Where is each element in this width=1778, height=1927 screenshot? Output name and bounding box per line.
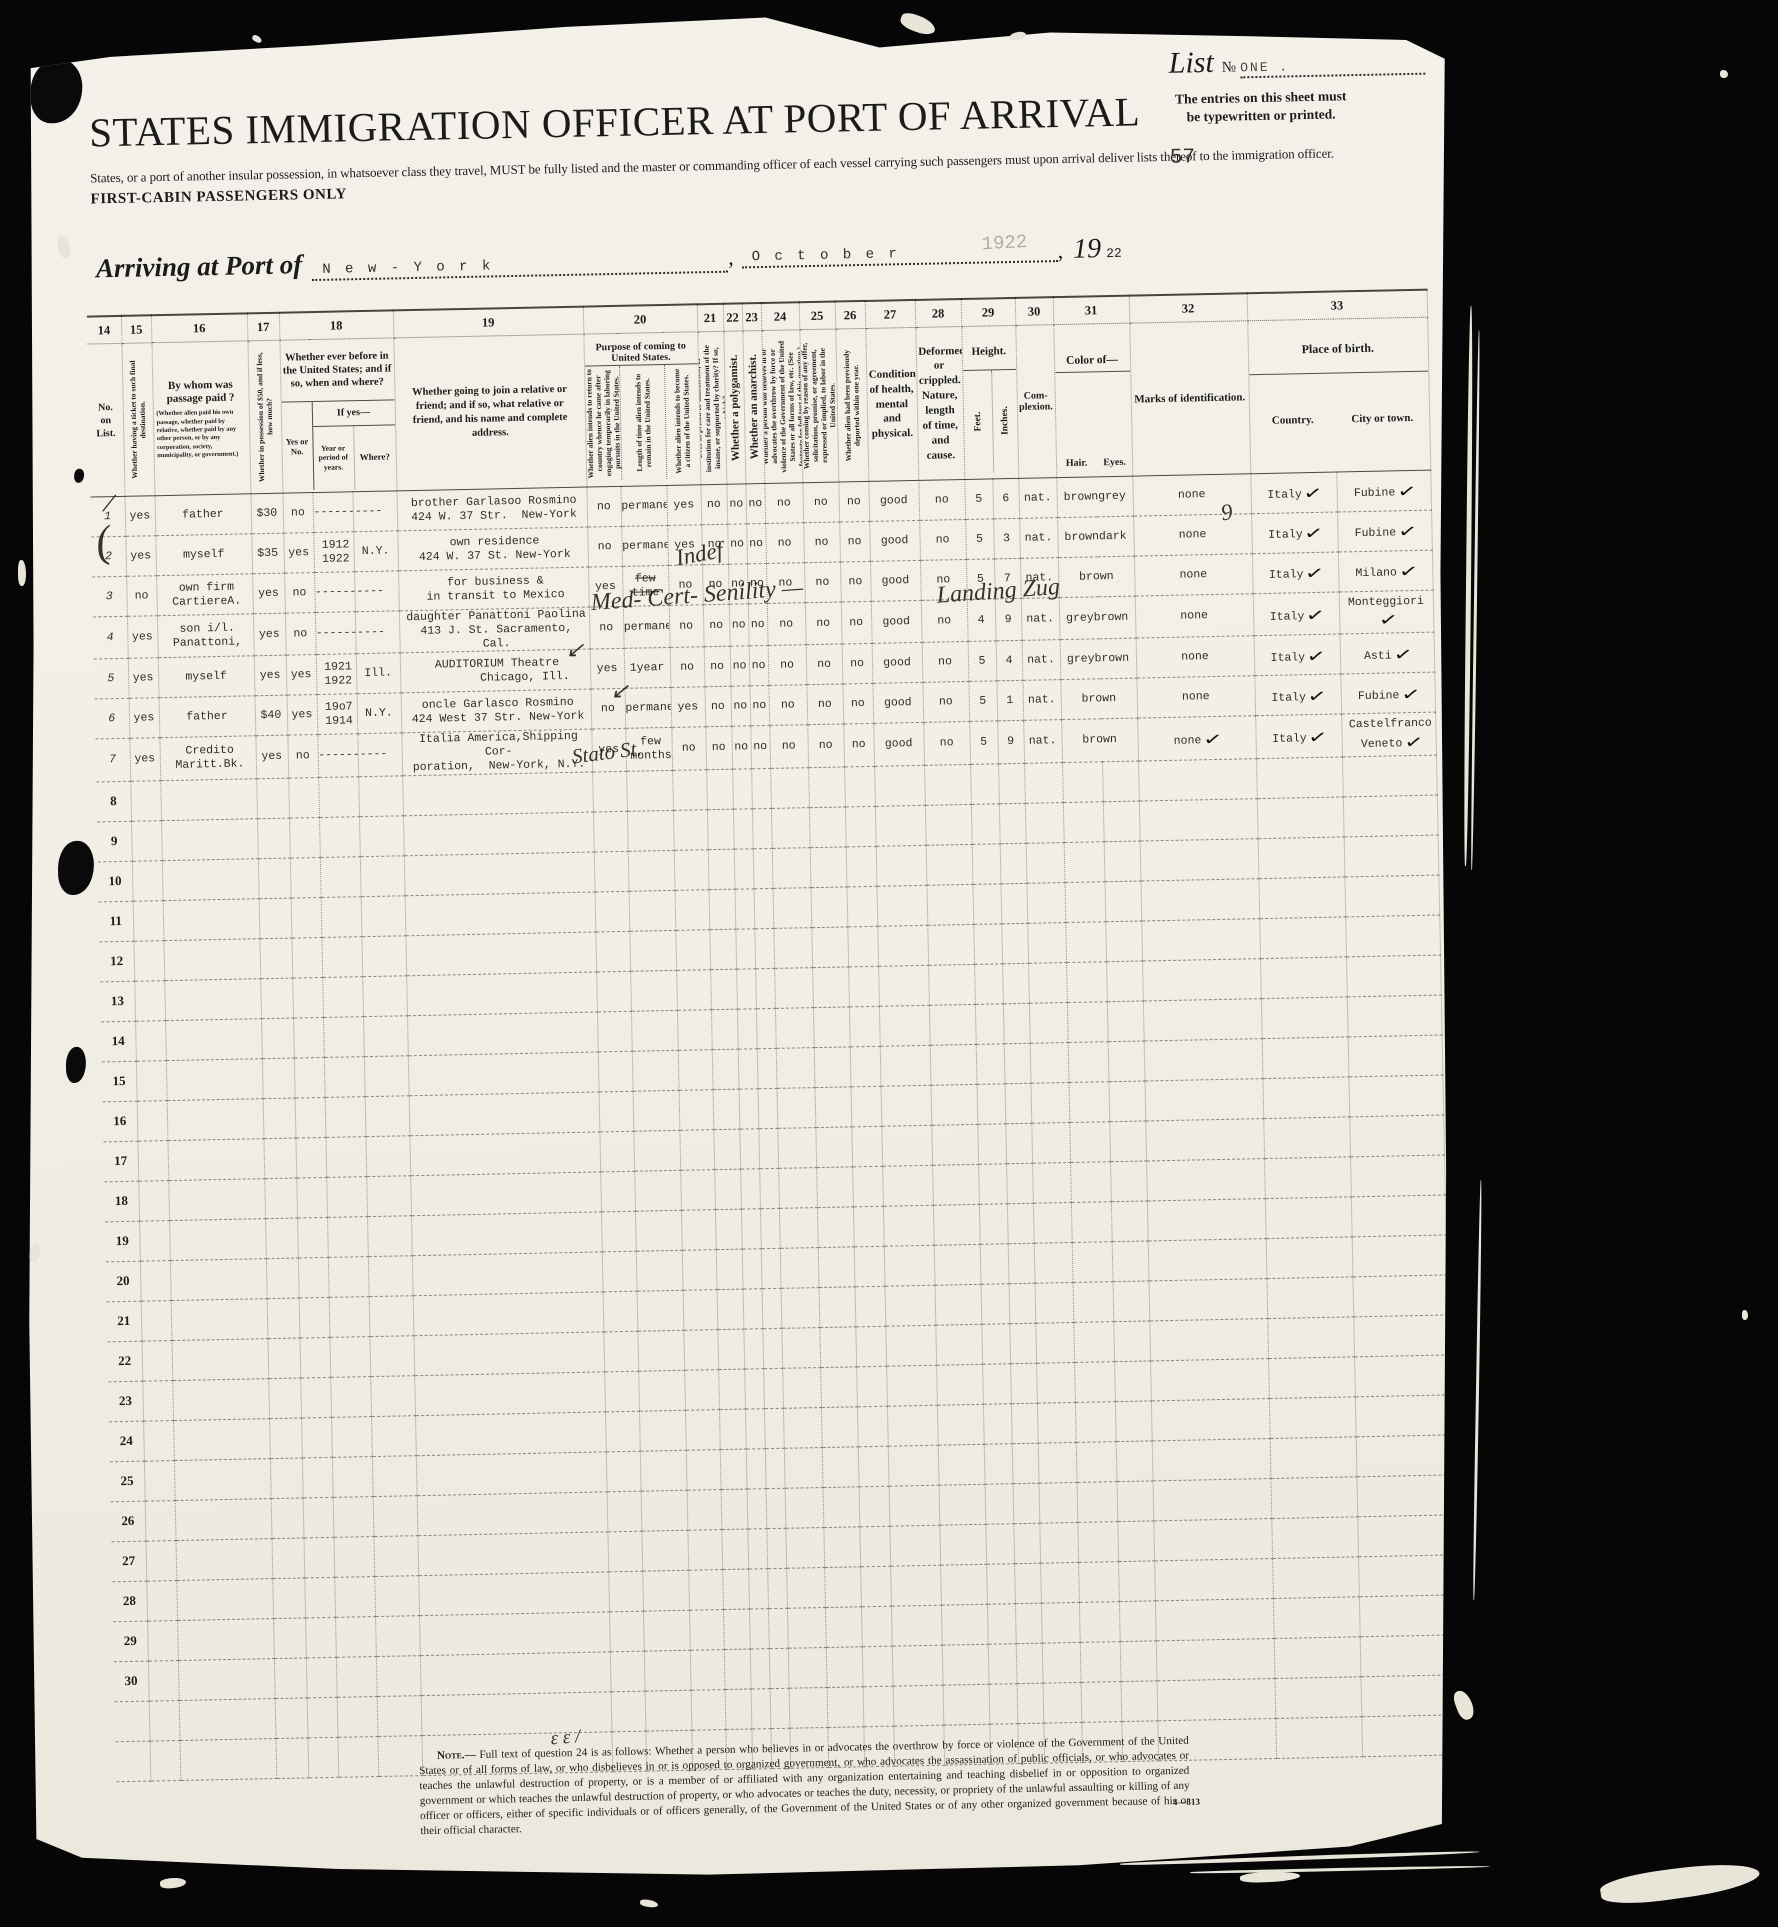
empty-cell xyxy=(1115,1401,1152,1442)
empty-cell xyxy=(706,769,733,810)
col-num-18: 18 xyxy=(279,310,394,340)
empty-cell xyxy=(140,1260,171,1301)
empty-cell xyxy=(1258,837,1345,879)
empty-cell xyxy=(759,1168,779,1208)
empty-cell xyxy=(592,771,627,812)
scan-blemish xyxy=(57,841,94,896)
empty-cell xyxy=(359,816,404,857)
empty-cell xyxy=(1062,762,1103,803)
empty-cell xyxy=(405,892,596,936)
empty-cell xyxy=(420,1652,611,1696)
empty-cell xyxy=(413,1292,604,1336)
empty-cell xyxy=(927,884,974,925)
cell-deformed: no xyxy=(920,559,967,600)
cell-p-length: few time xyxy=(622,565,669,606)
empty-cell xyxy=(685,1409,720,1450)
empty-cell xyxy=(337,1736,378,1777)
checkmark: ✓ xyxy=(1392,644,1413,666)
empty-cell xyxy=(711,1009,738,1050)
empty-cell xyxy=(1073,1281,1114,1322)
empty-cell xyxy=(1273,1597,1360,1639)
scan-speck xyxy=(1472,1180,1482,1600)
row-number: 29 xyxy=(113,1621,148,1662)
cell-no: 1 xyxy=(91,496,126,537)
empty-cell xyxy=(743,1328,763,1368)
empty-cell xyxy=(773,887,812,928)
empty-cell xyxy=(145,1500,176,1541)
empty-cell xyxy=(977,1124,1006,1165)
cell-marks: none xyxy=(1132,474,1251,516)
empty-cell xyxy=(1354,1355,1449,1397)
cell-country: Italy✓ xyxy=(1252,552,1339,594)
empty-cell xyxy=(298,1257,329,1298)
cell-feet: 5 xyxy=(966,559,995,600)
cell-inches: 9 xyxy=(995,598,1022,641)
empty-cell xyxy=(980,1244,1009,1285)
cell-complexion: nat. xyxy=(1020,558,1059,599)
empty-cell xyxy=(291,897,322,938)
subcol-if-yes: If yes— xyxy=(312,400,394,427)
cell-marks: none✓ xyxy=(1137,716,1256,761)
empty-cell xyxy=(1077,1521,1118,1562)
empty-cell xyxy=(1140,878,1259,920)
empty-cell xyxy=(1005,1123,1032,1164)
empty-cell xyxy=(149,1700,180,1741)
empty-cell xyxy=(1116,1441,1153,1482)
col-header-no-on-list: No. on List. xyxy=(87,343,124,497)
empty-cell xyxy=(269,1418,302,1459)
empty-cell xyxy=(981,1284,1010,1325)
cell-anarchist: no xyxy=(748,603,768,646)
col-num-27: 27 xyxy=(865,300,916,328)
cell-deformed: no xyxy=(918,479,965,520)
col-header-deformed: Deformed or crippled. Nature, length of … xyxy=(915,327,964,481)
empty-cell xyxy=(1348,1075,1443,1117)
footnote-label: Note.— xyxy=(437,1749,476,1762)
cell-complexion: nat. xyxy=(1023,720,1062,763)
empty-cell xyxy=(680,1169,715,1210)
empty-cell xyxy=(808,767,845,808)
empty-cell xyxy=(684,1369,719,1410)
empty-cell xyxy=(1355,1395,1450,1437)
empty-cell xyxy=(1002,963,1029,1004)
empty-cell xyxy=(750,1648,770,1688)
empty-cell xyxy=(1350,1155,1445,1197)
empty-cell xyxy=(365,1136,410,1177)
empty-cell xyxy=(1070,1161,1111,1202)
empty-cell xyxy=(320,856,361,897)
empty-cell xyxy=(358,776,403,817)
empty-cell xyxy=(116,1741,151,1782)
cell-marks: none xyxy=(1134,554,1253,596)
empty-cell xyxy=(710,969,737,1010)
empty-cell xyxy=(1079,1601,1120,1642)
empty-cell xyxy=(596,971,631,1012)
row-number: 19 xyxy=(105,1221,140,1262)
empty-cell xyxy=(1005,1083,1032,1124)
empty-cell xyxy=(1043,1682,1082,1723)
empty-cell xyxy=(674,849,709,890)
col-num-24: 24 xyxy=(761,302,800,330)
empty-cell xyxy=(1151,1398,1270,1440)
empty-cell xyxy=(859,1526,890,1567)
empty-cell xyxy=(146,1540,177,1581)
cell-health: good xyxy=(871,600,922,643)
empty-cell xyxy=(675,889,710,930)
empty-cell xyxy=(785,1487,824,1528)
empty-cell xyxy=(1352,1235,1447,1277)
empty-cell xyxy=(740,1169,760,1209)
cell-city: Fubine✓ xyxy=(1337,510,1432,552)
checkmark: ✓ xyxy=(1305,605,1326,627)
empty-cell xyxy=(405,932,596,976)
empty-cell xyxy=(926,844,973,885)
empty-cell xyxy=(940,1564,987,1605)
cell-before-yn: no xyxy=(287,735,318,778)
empty-cell xyxy=(292,977,323,1018)
cell-deported: no xyxy=(842,644,873,685)
empty-cell xyxy=(774,967,813,1008)
empty-cell xyxy=(823,1527,860,1568)
empty-cell xyxy=(169,1218,266,1260)
checkmark: ✓ xyxy=(1398,562,1419,584)
cell-p-length: permanent xyxy=(620,485,667,526)
empty-cell xyxy=(754,928,774,968)
empty-cell xyxy=(1148,1238,1267,1280)
empty-cell xyxy=(826,1647,863,1688)
empty-cell xyxy=(372,1455,417,1496)
empty-cell xyxy=(1148,1278,1267,1320)
empty-cell xyxy=(1360,1675,1455,1717)
empty-cell xyxy=(935,1284,982,1325)
cell-deformed: no xyxy=(923,722,970,765)
empty-cell xyxy=(629,890,676,931)
empty-cell xyxy=(373,1495,418,1536)
empty-cell xyxy=(610,1651,645,1692)
cell-complexion: nat. xyxy=(1019,518,1058,559)
cell-passage: father xyxy=(155,494,252,536)
cell-deported: no xyxy=(843,724,874,767)
empty-cell xyxy=(132,860,163,901)
cell-feet: 5 xyxy=(965,519,994,560)
empty-cell xyxy=(758,1088,778,1128)
cell-overthrow: no xyxy=(766,563,805,604)
empty-cell xyxy=(609,1611,644,1652)
empty-cell xyxy=(294,1057,325,1098)
empty-cell xyxy=(764,1408,784,1448)
empty-cell xyxy=(178,1658,275,1700)
empty-cell xyxy=(306,1657,337,1698)
cell-hair-eyes: greybrown xyxy=(1059,596,1136,640)
empty-cell xyxy=(329,1296,370,1337)
empty-cell xyxy=(1265,1197,1352,1239)
empty-cell xyxy=(935,1324,982,1365)
empty-cell xyxy=(1007,1203,1034,1244)
empty-cell xyxy=(1138,758,1257,800)
empty-cell xyxy=(175,1498,272,1540)
row-number: 21 xyxy=(107,1301,142,1342)
empty-cell xyxy=(983,1404,1012,1445)
empty-cell xyxy=(679,1129,714,1170)
empty-cell xyxy=(933,1204,980,1245)
cell-polygamist: no xyxy=(730,686,750,726)
empty-cell xyxy=(976,1044,1005,1085)
cell-labor: no xyxy=(802,482,839,523)
empty-cell xyxy=(607,1491,642,1532)
empty-cell xyxy=(708,849,735,890)
scan-blemish xyxy=(1207,4,1233,14)
empty-cell xyxy=(290,857,321,898)
empty-cell xyxy=(855,1286,886,1327)
empty-cell xyxy=(606,1451,641,1492)
cell-deformed: no xyxy=(922,682,969,723)
empty-cell xyxy=(822,1447,859,1488)
cell-feet: 5 xyxy=(969,721,998,764)
empty-cell xyxy=(1268,1357,1355,1399)
cell-p-citizen: no xyxy=(668,565,703,606)
empty-cell xyxy=(939,1484,986,1525)
row-number: 25 xyxy=(110,1461,145,1502)
empty-cell xyxy=(337,1696,378,1737)
empty-cell xyxy=(858,1446,889,1487)
empty-cell xyxy=(634,1170,681,1211)
empty-cell xyxy=(1025,802,1064,843)
empty-cell xyxy=(361,936,406,977)
empty-cell xyxy=(334,1576,375,1617)
empty-cell xyxy=(971,804,1000,845)
empty-cell xyxy=(138,1180,169,1221)
checkmark: ✓ xyxy=(1303,524,1324,546)
empty-cell xyxy=(304,1577,335,1618)
empty-cell xyxy=(848,966,879,1007)
empty-cell xyxy=(876,845,927,886)
empty-cell xyxy=(305,1617,336,1658)
empty-cell xyxy=(779,1207,818,1248)
row-number: 13 xyxy=(100,981,135,1022)
empty-cell xyxy=(275,1738,308,1779)
row-number: 15 xyxy=(102,1061,137,1102)
empty-cell xyxy=(1344,835,1439,877)
empty-cell xyxy=(144,1460,175,1501)
empty-cell xyxy=(746,1448,766,1488)
empty-cell xyxy=(773,927,812,968)
col-header-possession: Whether in possession of $50, and if les… xyxy=(247,340,282,494)
empty-cell xyxy=(1272,1557,1359,1599)
empty-cell xyxy=(599,1091,634,1132)
empty-cell xyxy=(736,969,756,1009)
empty-cell xyxy=(1106,961,1143,1002)
cell-hair-eyes: brown xyxy=(1058,556,1135,598)
empty-cell xyxy=(707,809,734,850)
empty-cell xyxy=(1358,1555,1453,1597)
empty-cell xyxy=(855,1326,886,1367)
cell-passage: father xyxy=(159,696,256,738)
empty-cell xyxy=(988,1643,1017,1684)
empty-cell xyxy=(607,1531,642,1572)
empty-cell xyxy=(1260,957,1347,999)
empty-cell xyxy=(629,930,676,971)
cell-deported: no xyxy=(841,601,872,644)
cell-possession: $40 xyxy=(255,696,288,737)
empty-cell xyxy=(1081,1681,1122,1722)
empty-cell xyxy=(1353,1315,1448,1357)
empty-cell xyxy=(723,1609,750,1650)
empty-cell xyxy=(174,1458,271,1500)
cell-health: good xyxy=(868,480,919,521)
empty-cell xyxy=(784,1447,823,1488)
empty-cell xyxy=(272,1578,305,1619)
cell-prison: no xyxy=(705,727,732,770)
empty-cell xyxy=(1114,1361,1151,1402)
cell-possession: yes xyxy=(255,736,288,779)
empty-cell xyxy=(1361,1715,1456,1757)
cell-deported: no xyxy=(842,684,873,725)
empty-cell xyxy=(981,1324,1010,1365)
empty-cell xyxy=(300,1377,331,1418)
cell-ticket: no xyxy=(126,576,157,617)
cell-polygamist: no xyxy=(731,726,751,769)
cell-passage: son i/l. Panattoni, xyxy=(157,614,254,658)
empty-cell xyxy=(814,1047,851,1088)
empty-cell xyxy=(856,1366,887,1407)
empty-cell xyxy=(131,820,162,861)
empty-cell xyxy=(716,1249,743,1290)
col-num-17: 17 xyxy=(247,313,280,341)
empty-cell xyxy=(1140,838,1259,880)
empty-cell xyxy=(745,1408,765,1448)
empty-cell xyxy=(1080,1641,1121,1682)
empty-cell xyxy=(176,1578,273,1620)
empty-cell xyxy=(931,1124,978,1165)
col-header-complexion: Com- plexion. xyxy=(1015,325,1056,479)
empty-cell xyxy=(408,1052,599,1096)
empty-cell xyxy=(265,1218,298,1259)
empty-cell xyxy=(291,937,322,978)
empty-cell xyxy=(1069,1121,1110,1162)
empty-cell xyxy=(732,769,752,809)
cell-inches: 9 xyxy=(997,721,1024,764)
cell-before-year: ---------- xyxy=(315,612,356,655)
handwritten-annotation: 2-1 xyxy=(1319,25,1343,40)
row-number: 27 xyxy=(112,1541,147,1582)
empty-cell xyxy=(167,1138,264,1180)
empty-cell xyxy=(851,1126,882,1167)
empty-cell xyxy=(1032,1162,1071,1203)
empty-cell xyxy=(1000,843,1027,884)
empty-cell xyxy=(884,1245,935,1286)
empty-cell xyxy=(1064,842,1105,883)
empty-cell xyxy=(368,1256,413,1297)
col-num-26: 26 xyxy=(835,301,866,329)
empty-cell xyxy=(1349,1115,1444,1157)
empty-cell xyxy=(330,1376,371,1417)
cell-health: good xyxy=(872,643,923,684)
empty-cell xyxy=(930,1044,977,1085)
empty-cell xyxy=(1000,883,1027,924)
empty-cell xyxy=(1154,1558,1273,1600)
empty-cell xyxy=(881,1085,932,1126)
empty-cell xyxy=(1352,1275,1447,1317)
empty-cell xyxy=(688,1569,723,1610)
empty-cell xyxy=(788,1647,827,1688)
list-label: List xyxy=(1168,46,1214,81)
empty-cell xyxy=(1270,1477,1357,1519)
cell-p-return: yes xyxy=(590,649,625,690)
scan-speck xyxy=(898,10,937,37)
empty-cell xyxy=(849,1006,880,1047)
empty-cell xyxy=(1108,1081,1145,1122)
cell-p-return: yes xyxy=(588,566,623,607)
empty-cell xyxy=(409,1092,600,1136)
cell-inches: 4 xyxy=(996,641,1023,682)
empty-cell xyxy=(325,1136,366,1177)
empty-cell xyxy=(319,816,360,857)
scan-speck xyxy=(1720,70,1728,78)
empty-cell xyxy=(1034,1242,1073,1283)
empty-cell xyxy=(273,1618,306,1659)
empty-cell xyxy=(164,978,261,1020)
cell-overthrow: no xyxy=(768,645,807,686)
scan-blemish xyxy=(30,59,83,124)
empty-cell xyxy=(1113,1321,1150,1362)
empty-cell xyxy=(1258,877,1345,919)
empty-cell xyxy=(293,1017,324,1058)
empty-cell xyxy=(599,1131,634,1172)
year-printed: 19 xyxy=(1073,233,1102,266)
empty-cell xyxy=(781,1287,820,1328)
cell-anarchist: no xyxy=(745,483,765,523)
cell-labor: no xyxy=(804,562,841,603)
empty-cell xyxy=(770,1688,790,1728)
list-value: ONE . xyxy=(1240,57,1425,79)
empty-cell xyxy=(1039,1482,1078,1523)
cell-passage: myself xyxy=(158,656,255,698)
empty-cell xyxy=(721,1529,748,1570)
col-num-21: 21 xyxy=(697,304,724,332)
empty-cell xyxy=(770,767,809,808)
subcol-year: Year or period of years. xyxy=(313,426,355,490)
empty-cell xyxy=(1351,1195,1446,1237)
empty-cell xyxy=(859,1486,890,1527)
cell-passage: own firm CartiereA. xyxy=(156,574,253,616)
empty-cell xyxy=(630,970,677,1011)
empty-cell xyxy=(1031,1122,1070,1163)
empty-cell xyxy=(1017,1683,1044,1724)
cell-anarchist: no xyxy=(747,563,767,603)
empty-cell xyxy=(939,1524,986,1565)
cell-p-citizen: no xyxy=(669,605,704,648)
empty-cell xyxy=(892,1645,943,1686)
cell-p-return: no xyxy=(591,689,626,730)
empty-cell xyxy=(709,929,736,970)
empty-cell xyxy=(778,1167,817,1208)
empty-cell xyxy=(1112,1241,1149,1282)
empty-cell xyxy=(366,1176,411,1217)
empty-cell xyxy=(777,1087,816,1128)
cell-polygamist: no xyxy=(726,484,746,524)
scan-speck xyxy=(160,1877,187,1890)
empty-cell xyxy=(1102,761,1139,802)
empty-cell xyxy=(1263,1117,1350,1159)
cell-overthrow: no xyxy=(769,725,808,768)
cell-inches: 3 xyxy=(993,518,1020,559)
empty-cell xyxy=(323,1016,364,1057)
empty-cell xyxy=(682,1249,717,1290)
empty-cell xyxy=(271,1498,304,1539)
cell-polygamist: no xyxy=(729,604,749,647)
empty-cell xyxy=(336,1656,377,1697)
cell-country: Italy✓ xyxy=(1254,674,1341,716)
